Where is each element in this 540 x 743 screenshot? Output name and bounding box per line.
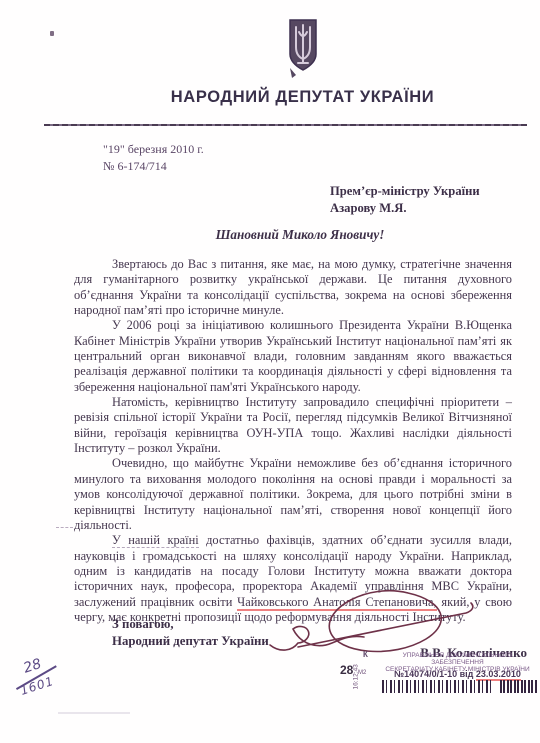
salutation: Шановний Миколо Яновичу! bbox=[160, 227, 440, 243]
stamp-number-text: №14074/0/1-10 від bbox=[394, 669, 476, 679]
header-divider bbox=[44, 124, 527, 126]
stamp-page-number: 28 bbox=[340, 663, 353, 677]
scan-speck bbox=[50, 31, 54, 36]
ukraine-coat-of-arms-icon bbox=[283, 18, 323, 80]
pencil-margin-dash bbox=[56, 527, 73, 528]
stamp-m2-label: М2 bbox=[358, 670, 366, 676]
pencil-underlined-text: У нашій країні bbox=[112, 533, 199, 548]
handwritten-page-note: 28 1601 bbox=[8, 648, 75, 709]
paragraph-4: Очевидно, що майбутнє України неможливе … bbox=[74, 456, 512, 533]
paragraph-1: Звертаюсь до Вас з питання, яке має, на … bbox=[74, 257, 512, 318]
letter-date: "19" березня 2010 г. bbox=[103, 141, 204, 158]
barcode bbox=[382, 680, 538, 693]
letter-body: Звертаюсь до Вас з питання, яке має, на … bbox=[74, 257, 512, 625]
closing-block: З повагою, Народний депутат України bbox=[112, 616, 269, 649]
paragraph-2: У 2006 році за ініціативою колишнього Пр… bbox=[74, 318, 512, 395]
barcode-segment-2 bbox=[500, 680, 538, 693]
paragraph-3: Натомість, керівництво Інституту запрова… bbox=[74, 395, 512, 456]
stamp-registration-number: №14074/0/1-10 від 23.03.2010 bbox=[377, 669, 538, 679]
addressee-block: Прем’єр-міністру України Азарову М.Я. bbox=[330, 183, 480, 217]
emblem-ribbon bbox=[290, 68, 296, 78]
closing-regards: З повагою, bbox=[112, 616, 269, 633]
barcode-segment-1 bbox=[382, 680, 494, 693]
addressee-name: Азарову М.Я. bbox=[330, 200, 480, 217]
stamp-org-line1: УПРАВЛІННЯ ДОКУМЕНТАЛЬНОГО ЗАБЕЗПЕЧЕННЯ bbox=[377, 652, 538, 666]
scanned-letter-page: НАРОДНИЙ ДЕПУТАТ УКРАЇНИ "19" березня 20… bbox=[0, 0, 540, 743]
page-title: НАРОДНИЙ ДЕПУТАТ УКРАЇНИ bbox=[140, 88, 465, 107]
handwritten-denominator: 1601 bbox=[19, 674, 56, 698]
scan-smudge bbox=[58, 712, 130, 714]
closing-position: Народний депутат України bbox=[112, 633, 269, 650]
addressee-title: Прем’єр-міністру України bbox=[330, 183, 480, 200]
letter-number: № 6-174/714 bbox=[103, 158, 204, 175]
reference-block: "19" березня 2010 г. № 6-174/714 bbox=[103, 141, 204, 175]
stamp-k-label: К bbox=[363, 650, 368, 659]
